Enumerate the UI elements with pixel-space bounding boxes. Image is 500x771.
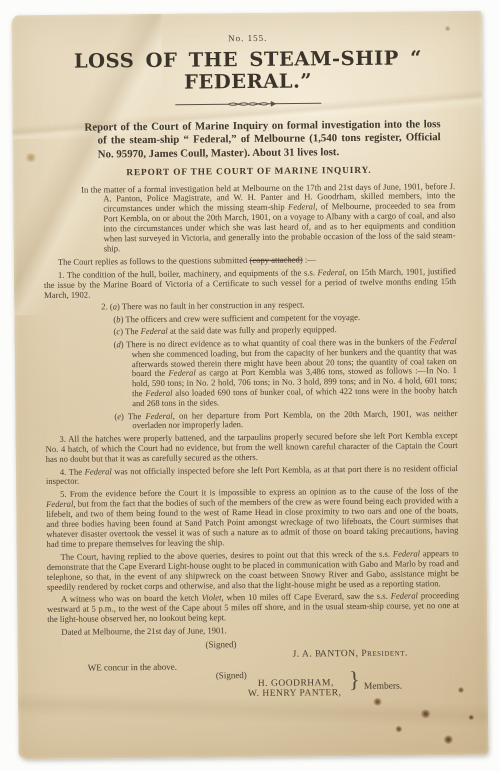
members-label: Members. <box>364 683 402 693</box>
paragraph-1: 1. The condition of the hull, boiler, ma… <box>44 267 456 301</box>
president-name: J. A. PANTON, <box>293 649 362 660</box>
list-item-2a: 2. (a) There was no fault in her constru… <box>44 299 456 313</box>
divider-ornament-icon <box>173 97 323 110</box>
document-content: No. 155. LOSS OF THE STEAM-SHIP “ FEDERA… <box>11 11 488 759</box>
concur-statement: WE concur in the above. <box>88 663 177 674</box>
list-item-2e: (e) The Federal, on her departure from P… <box>45 409 457 433</box>
president-signature: J. A. PANTON, President. <box>293 650 408 661</box>
signed-label-president: (Signed) <box>205 640 236 650</box>
document-page: No. 155. LOSS OF THE STEAM-SHIP “ FEDERA… <box>11 11 488 759</box>
paragraph-5: 5. From the evidence before the Court it… <box>46 486 459 549</box>
report-summary: Report of the Court of Marine Inquiry on… <box>97 118 440 162</box>
signed-label-members: (Signed) <box>216 671 247 681</box>
list-item-2d: (d) There is no direct evidence as to wh… <box>45 337 458 410</box>
paragraph-dated: Dated at Melbourne, the 21st day of June… <box>47 624 459 638</box>
section-heading: REPORT OF THE COURT OF MARINE INQUIRY. <box>43 166 455 180</box>
member-signature-panter: W. HENRY PANTER, <box>248 689 342 700</box>
paragraph-3: 3. All the hatches were properly battene… <box>45 431 457 465</box>
ornamental-divider <box>42 96 454 115</box>
paragraph-witness: A witness who was on board the ketch Vio… <box>47 591 459 625</box>
document-title: LOSS OF THE STEAM-SHIP “ FEDERAL.” <box>42 47 454 95</box>
members-brace: } <box>349 675 360 685</box>
document-number: No. 155. <box>42 32 454 46</box>
president-title: President. <box>361 649 408 659</box>
signature-block: (Signed) J. A. PANTON, President. WE con… <box>47 638 460 722</box>
paragraph-intro: In the matter of a formal investigation … <box>103 182 456 255</box>
list-item-2b: (b) The officers and crew were sufficien… <box>44 312 456 326</box>
paragraph-4: 4. The Federal was not officially inspec… <box>46 464 458 488</box>
paragraph-court-remarks: The Court, having replied to the above q… <box>47 549 459 593</box>
